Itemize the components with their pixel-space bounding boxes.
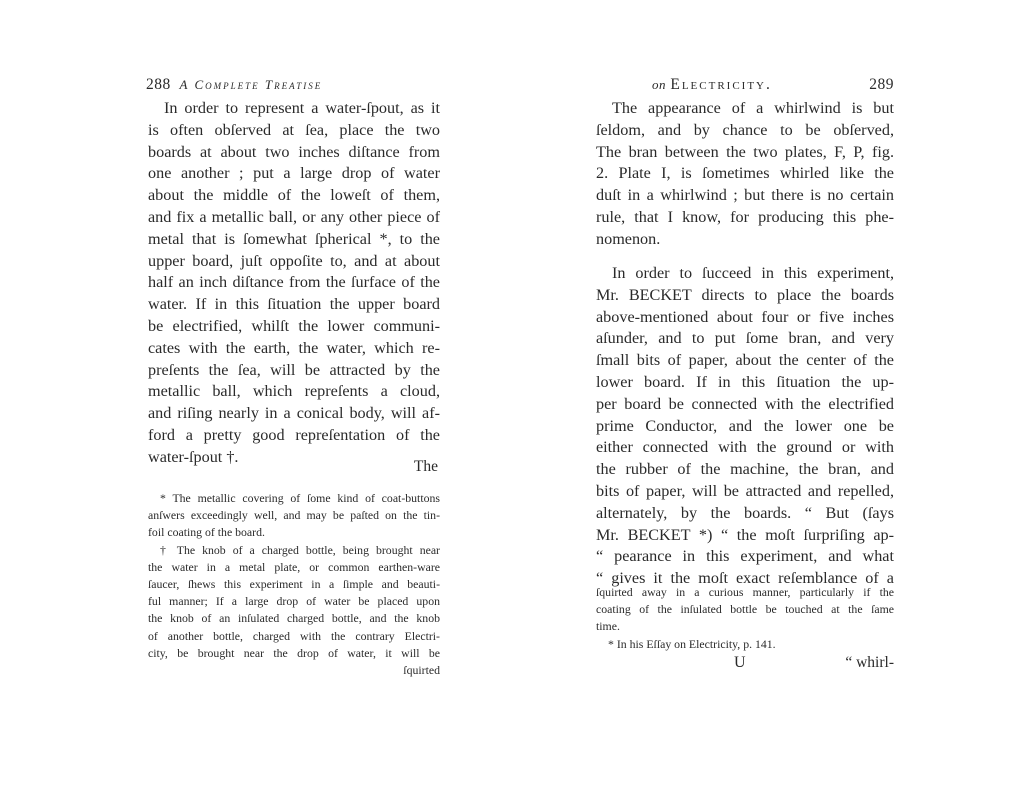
- footnote-line: of another bottle, charged with the cont…: [148, 628, 440, 645]
- footnote-line: city, be brought near the drop of water,…: [148, 645, 440, 662]
- page-number: 289: [869, 76, 894, 94]
- footnote-line: * The metallic covering of ſome kind of …: [148, 490, 440, 507]
- right-running-head: on Electricity.: [652, 76, 772, 94]
- text-line: aſunder, and to put ſome bran, and very: [596, 327, 894, 349]
- footnote-line: foil coating of the board.: [148, 524, 440, 541]
- text-line: preſents the ſea, will be attracted by t…: [148, 359, 440, 381]
- footnote-line: the water in a metal plate, or common ea…: [148, 559, 440, 576]
- text-line: water-ſpout †.: [148, 446, 440, 468]
- page-number: 288: [146, 76, 171, 93]
- text-line: The bran between the two plates, F, P, f…: [596, 141, 894, 163]
- text-line: per board be connected with the electrif…: [596, 393, 894, 415]
- text-line: 2. Plate I, is ſometimes whirled like th…: [596, 162, 894, 184]
- text-line: either connected with the ground or with: [596, 436, 894, 458]
- text-line: one another ; put a large drop of water: [148, 162, 440, 184]
- text-line: “ pearance in this experiment, and what: [596, 545, 894, 567]
- text-line: In order to ſucceed in this experiment,: [596, 262, 894, 284]
- text-line: above-mentioned about four or five inche…: [596, 306, 894, 328]
- text-line: Mr. BECKET directs to place the boards: [596, 284, 894, 306]
- text-line: cates with the earth, the water, which r…: [148, 337, 440, 359]
- running-head-title: A Complete Treatise: [180, 77, 323, 92]
- left-running-head: 288 A Complete Treatise: [146, 76, 322, 94]
- text-line: half an inch diſtance from the ſurface o…: [148, 271, 440, 293]
- catchword: “ whirl-: [845, 654, 894, 672]
- text-line: metallic ball, which repreſents a cloud,: [148, 380, 440, 402]
- text-line: about the middle of the loweſt of them,: [148, 184, 440, 206]
- footnote-line: ſquirted: [148, 662, 440, 679]
- text-line: Mr. BECKET *) “ the moſt ſurpriſing ap-: [596, 524, 894, 546]
- text-line: In order to represent a water-ſpout, as …: [148, 97, 440, 119]
- text-line: nomenon.: [596, 228, 894, 250]
- signature-mark: U: [734, 654, 746, 672]
- text-line: the rubber of the machine, the bran, and: [596, 458, 894, 480]
- footnote-line: ſquirted away in a curious manner, parti…: [596, 584, 894, 601]
- text-line: rule, that I know, for producing this ph…: [596, 206, 894, 228]
- text-line: ſmall bits of paper, about the center of…: [596, 349, 894, 371]
- footnote-line: anſwers exceedingly well, and may be paſ…: [148, 507, 440, 524]
- text-line: prime Conductor, and the lower one be: [596, 415, 894, 437]
- text-line: is often obſerved at ſea, place the two: [148, 119, 440, 141]
- text-line: and riſing nearly in a conical body, wil…: [148, 402, 440, 424]
- running-head-prefix: on: [652, 77, 666, 92]
- footnote-line: ſaucer, ſhews this experiment in a ſimpl…: [148, 576, 440, 593]
- footnote-line: the knob of an inſulated charged bottle,…: [148, 610, 440, 627]
- footnote-line: † The knob of a charged bottle, being br…: [148, 542, 440, 559]
- text-line: alternately, by the boards. “ But (ſays: [596, 502, 894, 524]
- text-line: The appearance of a whirlwind is but: [596, 97, 894, 119]
- text-line: bits of paper, will be attracted and rep…: [596, 480, 894, 502]
- footnote-line: ful manner; If a large drop of water be …: [148, 593, 440, 610]
- catchword: The: [414, 458, 438, 476]
- text-line: and fix a metallic ball, or any other pi…: [148, 206, 440, 228]
- text-line: be electrified, whilſt the lower communi…: [148, 315, 440, 337]
- running-head-title: Electricity.: [670, 76, 772, 93]
- footnote-line: * In his Eſſay on Electricity, p. 141.: [596, 636, 894, 653]
- text-line: duſt in a whirlwind ; but there is no ce…: [596, 184, 894, 206]
- text-line: ford a pretty good repreſentation of the: [148, 424, 440, 446]
- footnote-line: time.: [596, 618, 894, 635]
- text-line: upper board, juſt oppoſite to, and at ab…: [148, 250, 440, 272]
- text-line: boards at about two inches diſtance from: [148, 141, 440, 163]
- text-line: lower board. If in this ſituation the up…: [596, 371, 894, 393]
- footnote-line: coating of the inſulated bottle be touch…: [596, 601, 894, 618]
- text-line: ſeldom, and by chance to be obſerved,: [596, 119, 894, 141]
- text-line: water. If in this ſituation the upper bo…: [148, 293, 440, 315]
- text-line: metal that is ſomewhat ſpherical *, to t…: [148, 228, 440, 250]
